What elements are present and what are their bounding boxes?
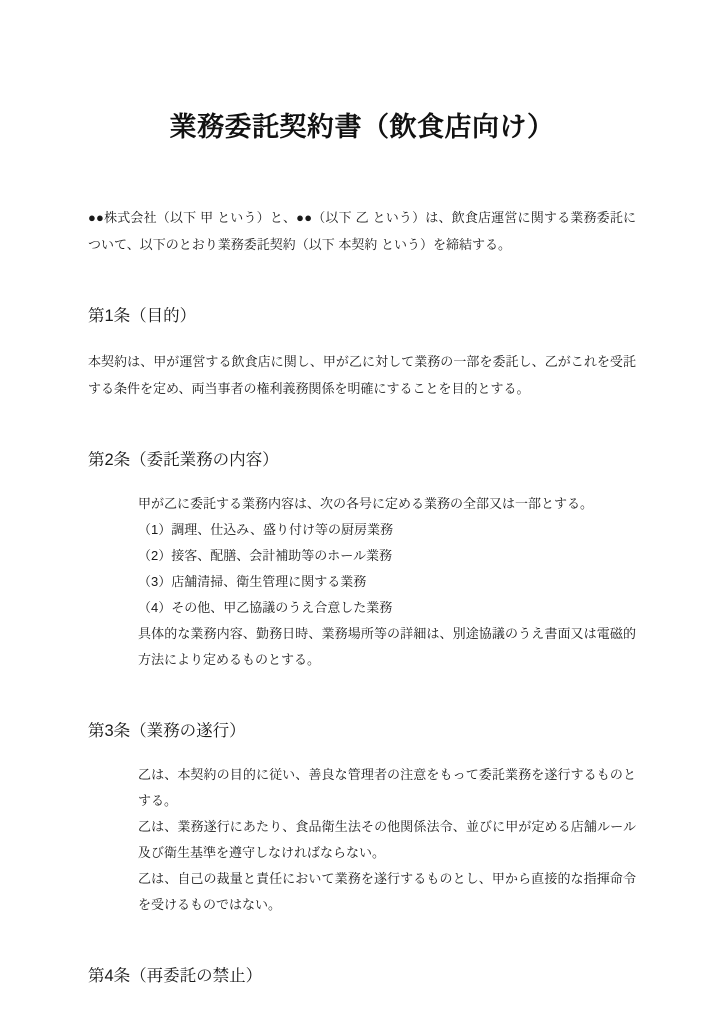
intro-paragraph: ●●株式会社（以下 甲 という）と、●●（以下 乙 という）は、飲食店運営に関す… xyxy=(88,204,636,258)
article-4-heading: 第4条（再委託の禁止） xyxy=(88,964,636,988)
article-3-clause-3: 乙は、自己の裁量と責任において業務を遂行するものとし、甲から直接的な指揮命令を受… xyxy=(138,866,636,918)
list-item-3: （3）店舗清掃、衛生管理に関する業務 xyxy=(138,569,636,595)
document-title: 業務委託契約書（飲食店向け） xyxy=(88,106,636,148)
article-2-body: 甲が乙に委託する業務内容は、次の各号に定める業務の全部又は一部とする。 （1）調… xyxy=(138,491,636,673)
article-2-lead-sentence: 甲が乙に委託する業務内容は、次の各号に定める業務の全部又は一部とする。 xyxy=(138,491,636,517)
article-1-paragraph: 本契約は、甲が運営する飲食店に関し、甲が乙に対して業務の一部を委託し、乙がこれを… xyxy=(88,348,636,402)
list-item-2: （2）接客、配膳、会計補助等のホール業務 xyxy=(138,543,636,569)
article-2-heading: 第2条（委託業務の内容） xyxy=(88,448,636,472)
article-section-4: 第4条（再委託の禁止） xyxy=(88,964,636,988)
article-section-3: 第3条（業務の遂行） 乙は、本契約の目的に従い、善良な管理者の注意をもって委託業… xyxy=(88,719,636,918)
contract-document-page: 業務委託契約書（飲食店向け） ●●株式会社（以下 甲 という）と、●●（以下 乙… xyxy=(0,0,724,1024)
article-section-2: 第2条（委託業務の内容） 甲が乙に委託する業務内容は、次の各号に定める業務の全部… xyxy=(88,448,636,673)
article-3-body: 乙は、本契約の目的に従い、善良な管理者の注意をもって委託業務を遂行するものとする… xyxy=(138,762,636,918)
article-1-heading: 第1条（目的） xyxy=(88,304,636,328)
article-3-clause-1: 乙は、本契約の目的に従い、善良な管理者の注意をもって委託業務を遂行するものとする… xyxy=(138,762,636,814)
list-item-4: （4）その他、甲乙協議のうえ合意した業務 xyxy=(138,595,636,621)
article-2-closing-sentence: 具体的な業務内容、勤務日時、業務場所等の詳細は、別途協議のうえ書面又は電磁的方法… xyxy=(138,621,636,673)
article-3-heading: 第3条（業務の遂行） xyxy=(88,719,636,743)
article-3-clause-2: 乙は、業務遂行にあたり、食品衛生法その他関係法令、並びに甲が定める店舗ルール及び… xyxy=(138,814,636,866)
article-section-1: 第1条（目的） 本契約は、甲が運営する飲食店に関し、甲が乙に対して業務の一部を委… xyxy=(88,304,636,402)
list-item-1: （1）調理、仕込み、盛り付け等の厨房業務 xyxy=(138,517,636,543)
